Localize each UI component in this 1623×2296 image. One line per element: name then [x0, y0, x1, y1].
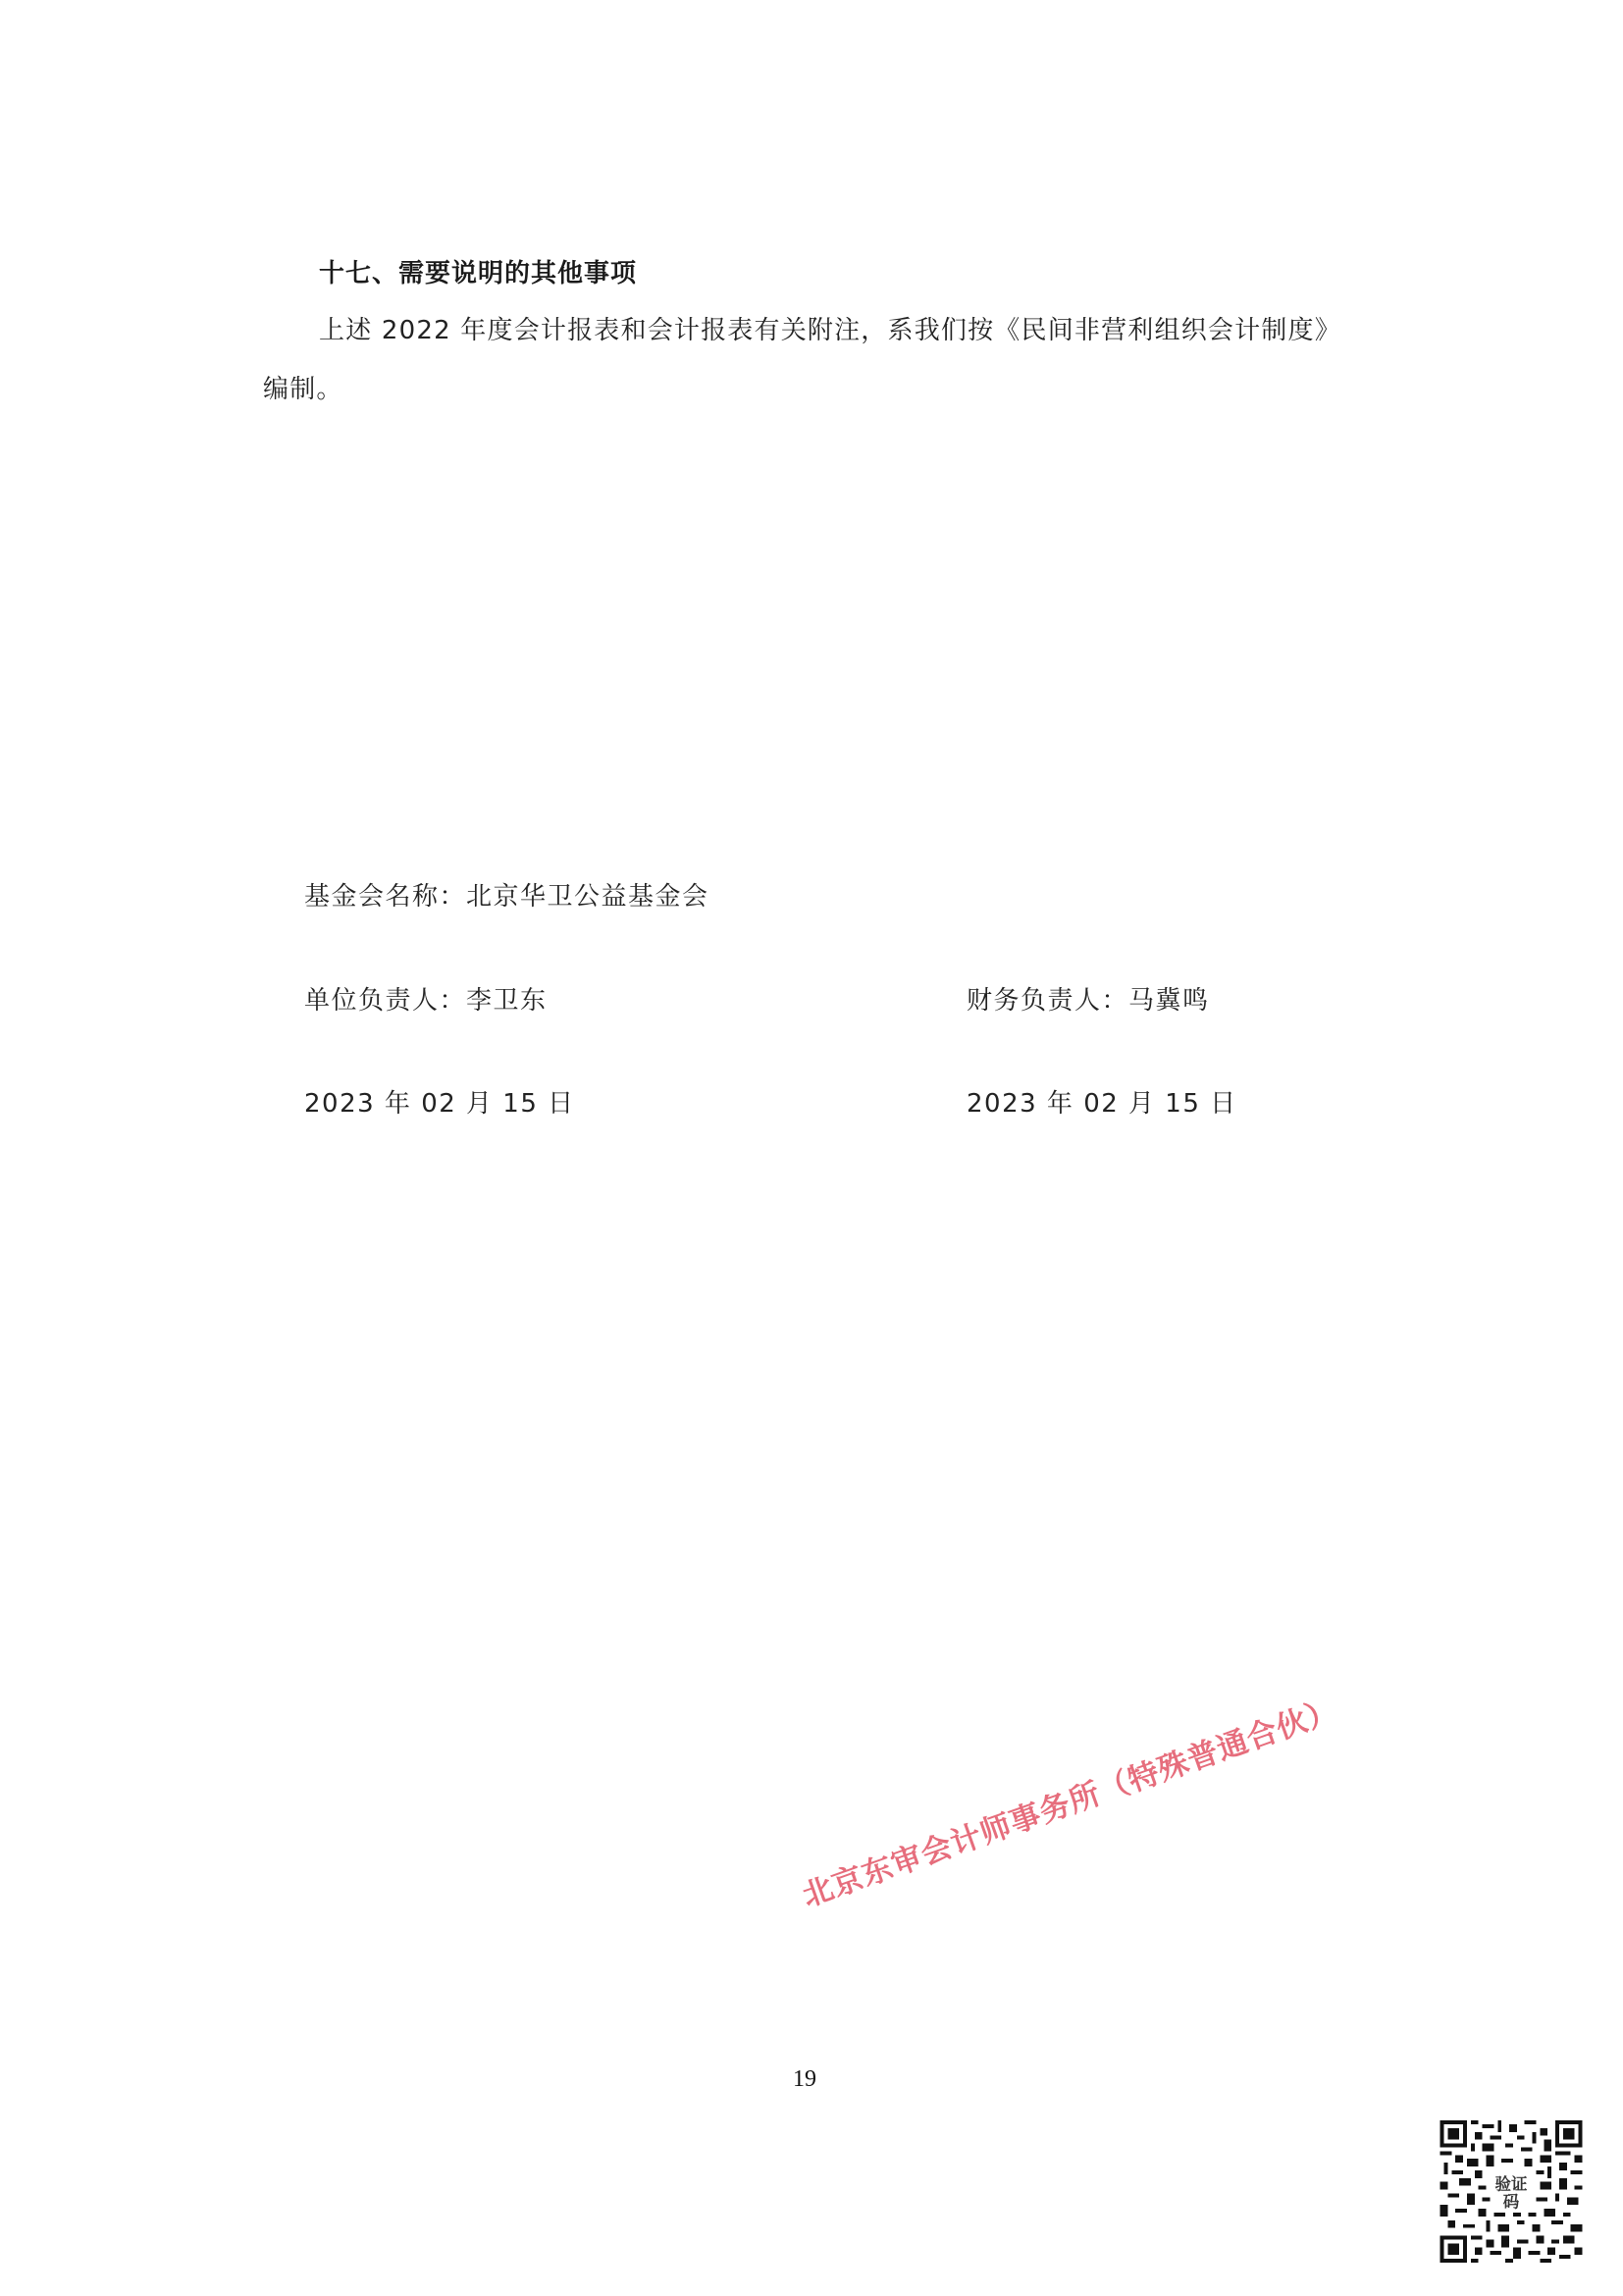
finance-head: 财务负责人：马冀鸣 — [967, 980, 1210, 1017]
auditor-stamp: 北京东审会计师事务所（特殊普通合伙） — [795, 1685, 1342, 1915]
foundation-name: 基金会名称：北京华卫公益基金会 — [304, 876, 709, 913]
unit-head: 单位负责人：李卫东 — [304, 980, 548, 1017]
qr-code-icon[interactable]: 验证 码 — [1439, 2120, 1584, 2263]
unit-head-date: 2023 年 02 月 15 日 — [304, 1083, 575, 1120]
svg-text:验证: 验证 — [1495, 2175, 1528, 2194]
paragraph-line-2: 编制。 — [263, 369, 343, 405]
finance-head-date: 2023 年 02 月 15 日 — [967, 1083, 1237, 1120]
page-number: 19 — [793, 2066, 816, 2093]
svg-text:码: 码 — [1503, 2193, 1520, 2212]
paragraph-line-1: 上述 2022 年度会计报表和会计报表有关附注，系我们按《民间非营利组织会计制度… — [319, 310, 1341, 346]
section-heading: 十七、需要说明的其他事项 — [319, 253, 637, 289]
